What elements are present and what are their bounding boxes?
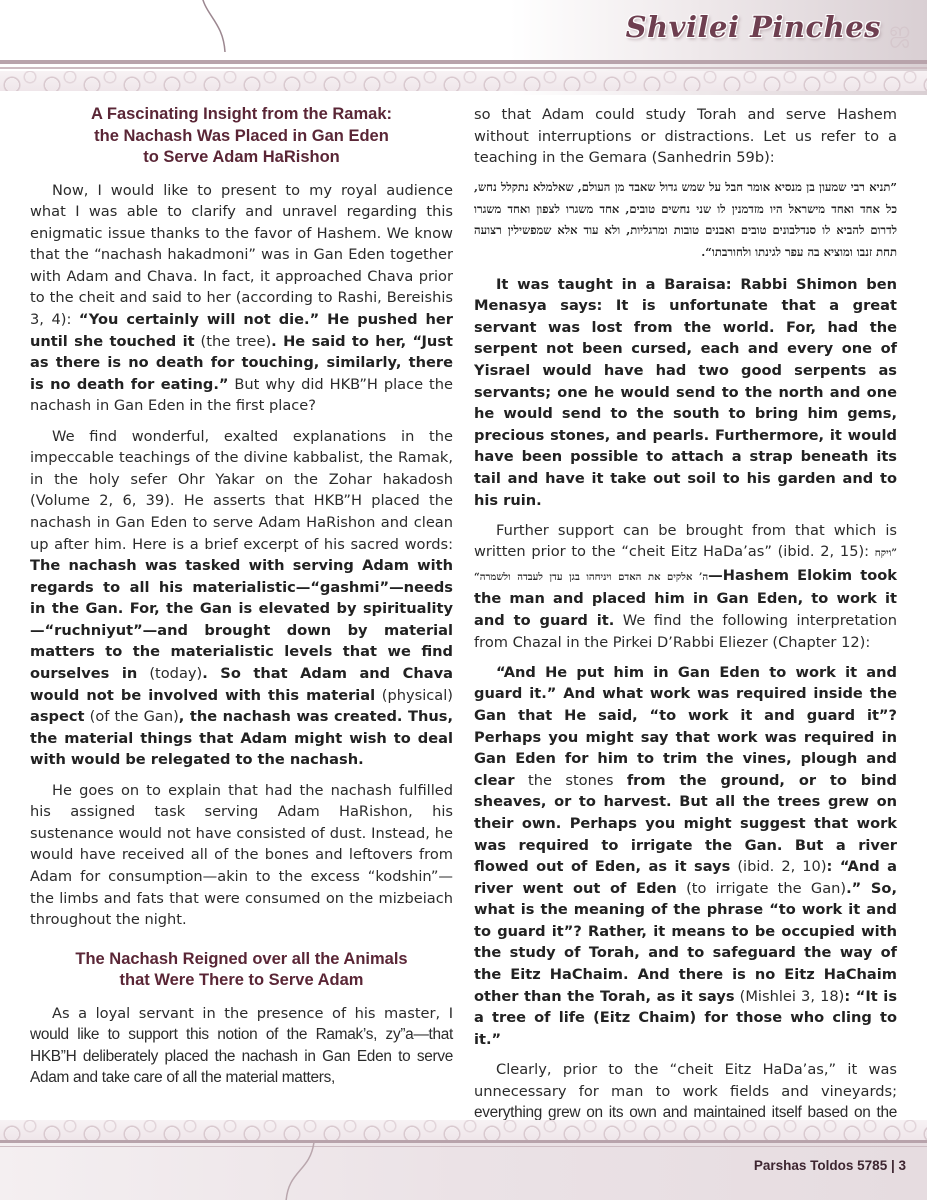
text-run: the stones bbox=[515, 772, 627, 789]
paragraph: As a loyal servant in the presence of hi… bbox=[30, 1003, 453, 1089]
heading-line: that Were There to Serve Adam bbox=[30, 970, 453, 992]
paragraph: “And He put him in Gan Eden to work it a… bbox=[474, 662, 897, 1051]
right-column: so that Adam could study Torah and serve… bbox=[474, 104, 897, 1175]
text-run: Clearly, prior to the “cheit Eitz HaDa’a… bbox=[474, 1061, 897, 1100]
section-heading-animals: The Nachash Reigned over all the Animals… bbox=[30, 949, 453, 992]
page-header: Shvilei Pinches ஜ bbox=[0, 0, 927, 95]
bold-quote: aspect bbox=[30, 708, 85, 725]
heading-line: A Fascinating Insight from the Ramak: bbox=[30, 104, 453, 126]
bold-quote: The nachash was tasked with serving Adam… bbox=[30, 557, 453, 682]
bold-quote: .” So, what is the meaning of the phrase… bbox=[474, 880, 897, 1005]
paragraph-baraisa: It was taught in a Baraisa: Rabbi Shimon… bbox=[474, 274, 897, 512]
text-run: Further support can be brought from that… bbox=[474, 522, 897, 561]
paragraph: We find wonderful, exalted explanations … bbox=[30, 426, 453, 772]
decorative-curve-icon bbox=[280, 1142, 320, 1200]
page-footer: Parshas Toldos 5785 | 3 bbox=[0, 1140, 927, 1200]
text-run: Now, I would like to present to my royal… bbox=[30, 182, 453, 329]
text-run: (to irrigate the Gan) bbox=[677, 880, 846, 897]
text-run: (today) bbox=[137, 665, 202, 682]
text-run: (Mishlei 3, 18) bbox=[735, 988, 845, 1005]
paragraph: so that Adam could study Torah and serve… bbox=[474, 104, 897, 169]
section-heading-ramak: A Fascinating Insight from the Ramak: th… bbox=[30, 104, 453, 169]
header-rule bbox=[0, 60, 927, 64]
header-rule-thin bbox=[0, 67, 927, 69]
text-run: (the tree) bbox=[195, 333, 272, 350]
left-column: A Fascinating Insight from the Ramak: th… bbox=[30, 104, 453, 1098]
text-run: (ibid. 2, 10) bbox=[730, 858, 826, 875]
page-footer-label: Parshas Toldos 5785 | 3 bbox=[754, 1158, 906, 1173]
text-run: (of the Gan) bbox=[85, 708, 179, 725]
text-run: (physical) bbox=[375, 687, 453, 704]
heading-line: The Nachash Reigned over all the Animals bbox=[30, 949, 453, 971]
text-run: We find wonderful, exalted explanations … bbox=[30, 428, 453, 553]
bold-quote: “And He put him in Gan Eden to work it a… bbox=[474, 664, 897, 789]
heading-line: the Nachash Was Placed in Gan Eden bbox=[30, 126, 453, 148]
swirl-ornament-icon: ஜ bbox=[889, 18, 915, 44]
text-run: As a loyal servant in the presence of hi… bbox=[52, 1005, 453, 1022]
bold-quote: It was taught in a Baraisa: Rabbi Shimon… bbox=[474, 276, 897, 509]
footer-ornament-band bbox=[0, 1120, 927, 1140]
heading-line: to Serve Adam HaRishon bbox=[30, 147, 453, 169]
footer-rule bbox=[0, 1140, 927, 1143]
footer-rule-thin bbox=[0, 1146, 927, 1147]
hebrew-gemara-quote: ”תניא רבי שמעון בן מנסיא אומר חבל על שמש… bbox=[474, 177, 897, 263]
paragraph: Now, I would like to present to my royal… bbox=[30, 180, 453, 418]
publication-title: Shvilei Pinches bbox=[626, 10, 881, 44]
text-run: would like to support this notion of the… bbox=[30, 1026, 453, 1086]
decorative-curve-icon bbox=[195, 0, 235, 65]
paragraph: Further support can be brought from that… bbox=[474, 520, 897, 654]
paragraph: He goes on to explain that had the nacha… bbox=[30, 780, 453, 931]
header-ornament-band bbox=[0, 71, 927, 91]
